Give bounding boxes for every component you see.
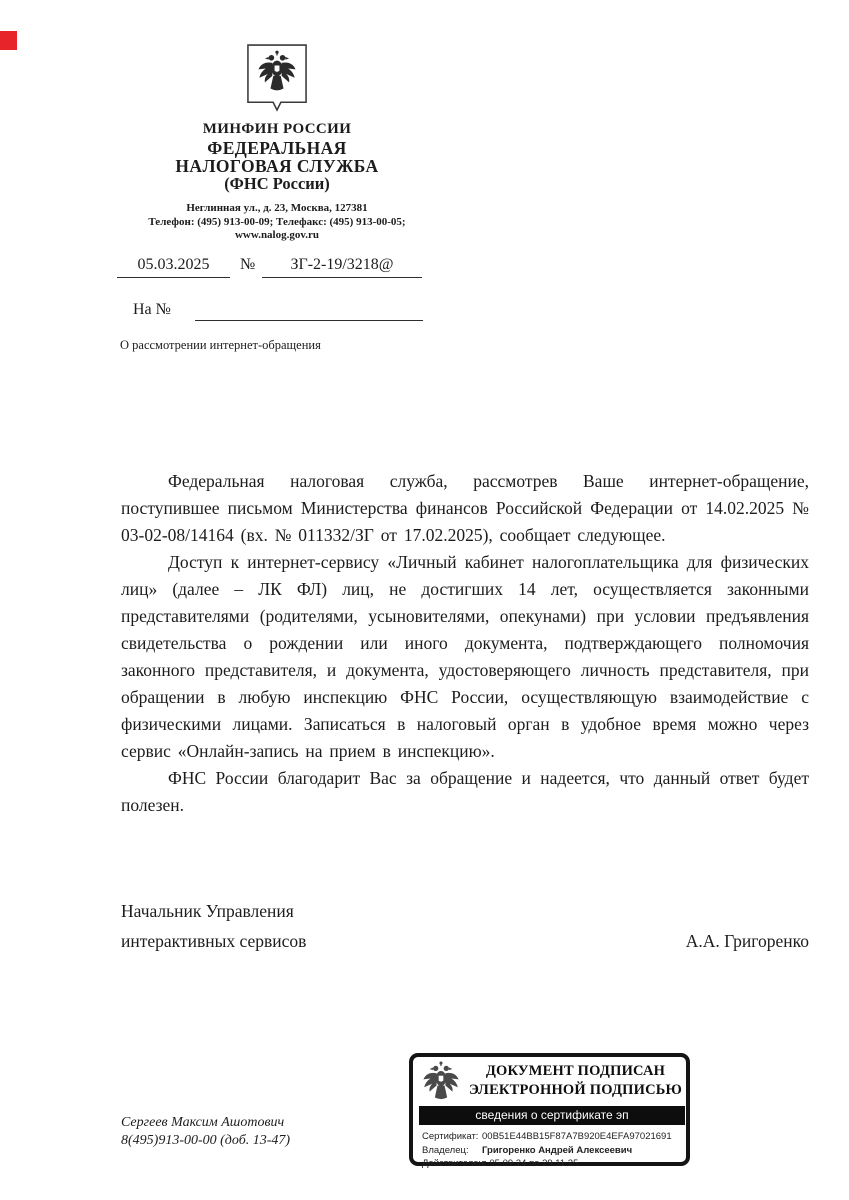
body-paragraph: Доступ к интернет-сервису «Личный кабине… xyxy=(121,549,809,765)
stamp-certificate-bar: сведения о сертификате эп xyxy=(419,1106,685,1125)
stamp-certificate-details: Сертификат: 00B51E44BB15F87A7B920E4EFA97… xyxy=(422,1130,682,1171)
letter-number: ЗГ-2-19/3218@ xyxy=(262,256,422,278)
stamp-value: с 05.09.24 по 29.11.25 xyxy=(482,1157,578,1171)
reply-reference-line: На № xyxy=(133,301,433,323)
reference-line: 05.03.2025 № ЗГ-2-19/3218@ xyxy=(117,256,437,280)
coat-of-arms-icon xyxy=(246,43,308,113)
signer-position: Начальник Управления интерактивных серви… xyxy=(121,896,306,956)
executor-block: Сергеев Максим Ашотович 8(495)913-00-00 … xyxy=(121,1114,290,1150)
org-name-line1: ФЕДЕРАЛЬНАЯ xyxy=(118,139,436,157)
stamp-title-line2: ЭЛЕКТРОННОЙ ПОДПИСЬЮ xyxy=(467,1081,684,1100)
signer-position-line2: интерактивных сервисов xyxy=(121,926,306,956)
e-signature-stamp: ДОКУМЕНТ ПОДПИСАН ЭЛЕКТРОННОЙ ПОДПИСЬЮ с… xyxy=(409,1053,690,1166)
executor-name: Сергеев Максим Ашотович xyxy=(121,1114,290,1132)
letter-page: МИНФИН РОССИИ ФЕДЕРАЛЬНАЯ НАЛОГОВАЯ СЛУЖ… xyxy=(0,0,849,1200)
letterhead: МИНФИН РОССИИ ФЕДЕРАЛЬНАЯ НАЛОГОВАЯ СЛУЖ… xyxy=(118,43,436,243)
org-website: www.nalog.gov.ru xyxy=(118,229,436,243)
signer-position-line1: Начальник Управления xyxy=(121,896,306,926)
stamp-row-owner: Владелец: Григоренко Андрей Алексеевич xyxy=(422,1144,682,1158)
reply-label: На № xyxy=(133,301,171,318)
org-short-name: (ФНС России) xyxy=(118,175,436,193)
signer-name: А.А. Григоренко xyxy=(686,926,809,956)
stamp-row-validity: Действителен: с 05.09.24 по 29.11.25 xyxy=(422,1157,682,1171)
stamp-title-line1: ДОКУМЕНТ ПОДПИСАН xyxy=(467,1062,684,1081)
org-address: Неглинная ул., д. 23, Москва, 127381 xyxy=(118,202,436,216)
signature-block: Начальник Управления интерактивных серви… xyxy=(121,896,809,956)
stamp-row-certificate: Сертификат: 00B51E44BB15F87A7B920E4EFA97… xyxy=(422,1130,682,1144)
reply-number-blank xyxy=(195,301,423,321)
ministry-name: МИНФИН РОССИИ xyxy=(118,120,436,139)
letter-date: 05.03.2025 xyxy=(117,256,230,278)
stamp-title: ДОКУМЕНТ ПОДПИСАН ЭЛЕКТРОННОЙ ПОДПИСЬЮ xyxy=(467,1062,684,1100)
body-paragraph: ФНС России благодарит Вас за обращение и… xyxy=(121,765,809,819)
org-name-line2: НАЛОГОВАЯ СЛУЖБА xyxy=(118,157,436,175)
letter-body: Федеральная налоговая служба, рассмотрев… xyxy=(121,468,809,819)
number-sign: № xyxy=(240,256,255,274)
letter-subject: О рассмотрении интернет-обращения xyxy=(120,338,321,353)
org-phones: Телефон: (495) 913-00-09; Телефакс: (495… xyxy=(118,216,436,230)
stamp-label: Действителен: xyxy=(422,1157,482,1171)
stamp-label: Владелец: xyxy=(422,1144,482,1158)
executor-phone: 8(495)913-00-00 (доб. 13-47) xyxy=(121,1132,290,1150)
red-corner-mark xyxy=(0,31,17,50)
stamp-value: Григоренко Андрей Алексеевич xyxy=(482,1144,632,1158)
body-paragraph: Федеральная налоговая служба, рассмотрев… xyxy=(121,468,809,549)
stamp-label: Сертификат: xyxy=(422,1130,482,1144)
stamp-value: 00B51E44BB15F87A7B920E4EFA97021691 xyxy=(482,1130,672,1144)
stamp-eagle-icon xyxy=(418,1060,464,1104)
